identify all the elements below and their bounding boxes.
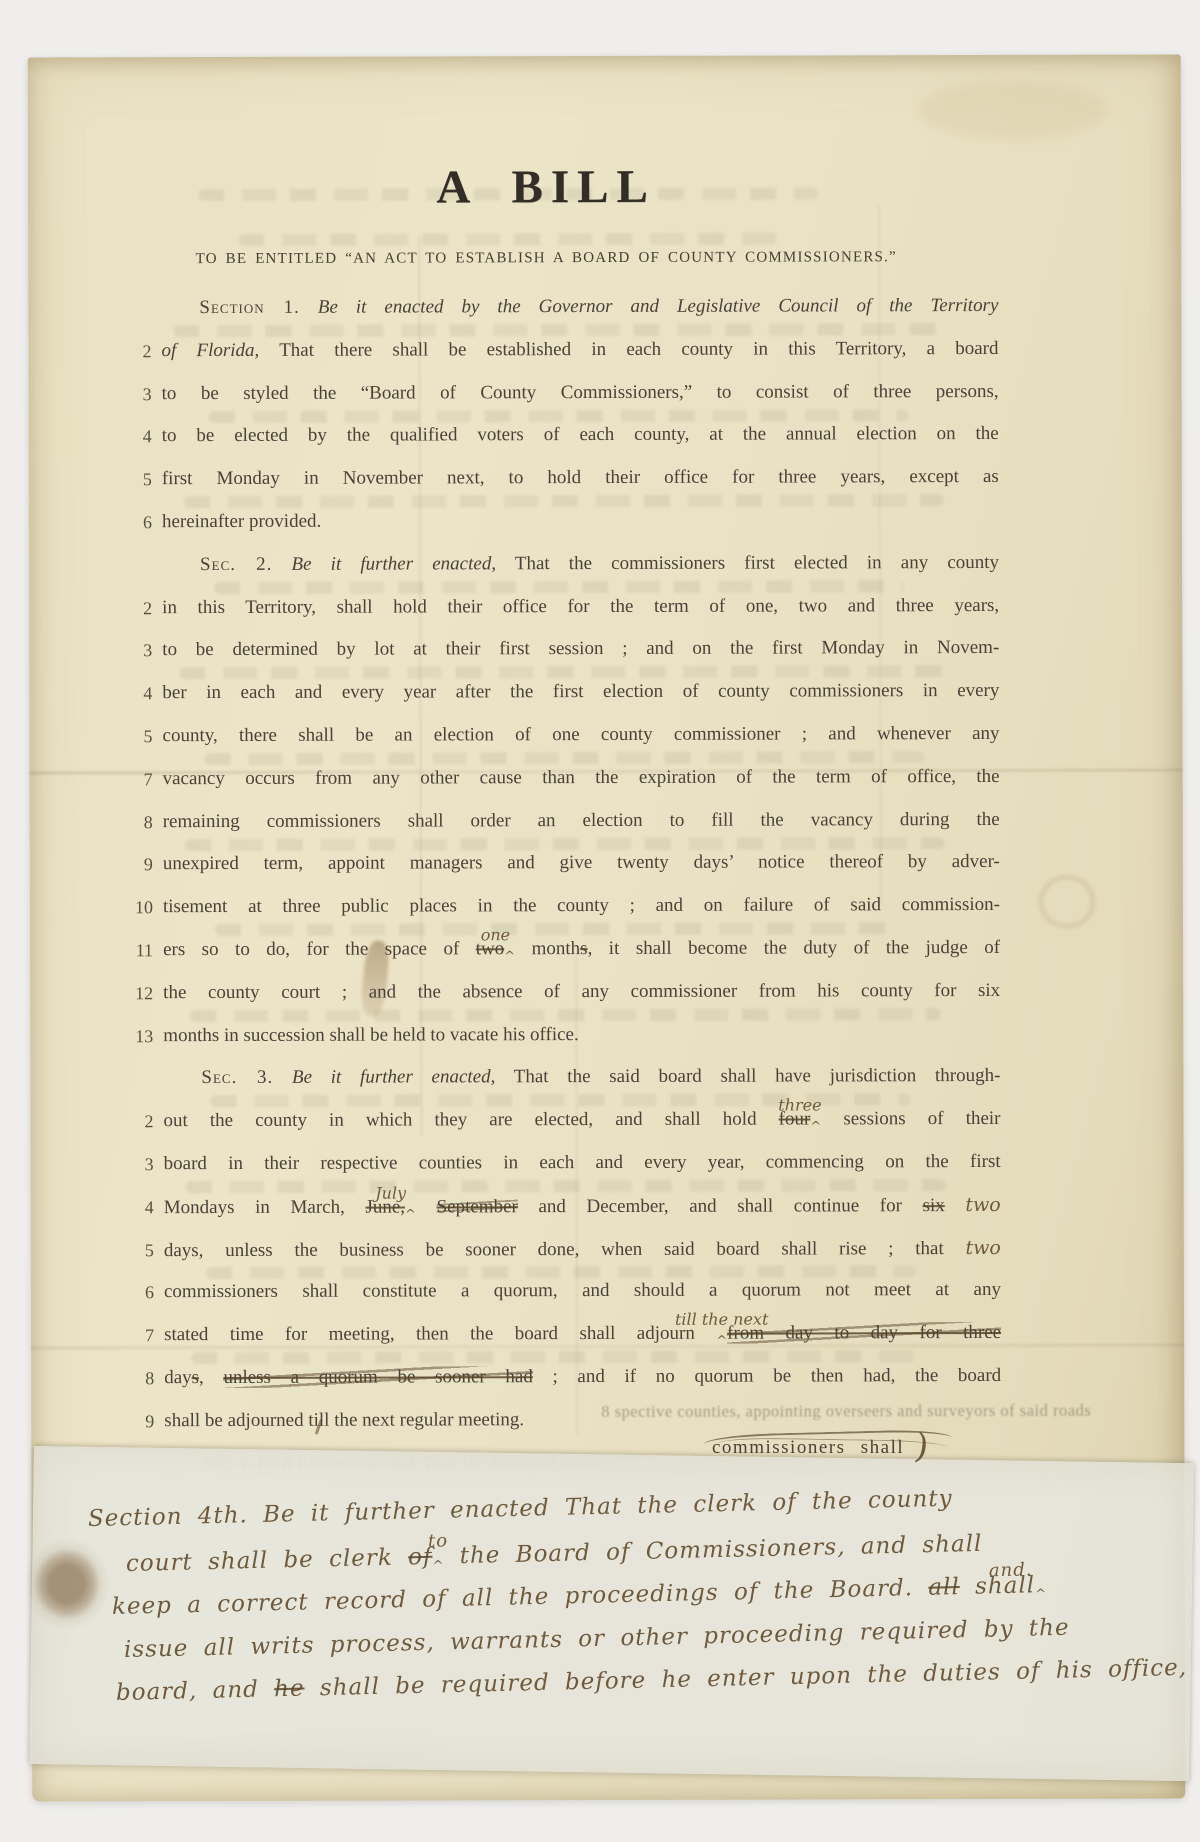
- line-text: to be styled the “Board of County Commis…: [162, 371, 999, 416]
- caret-mark: ^: [1035, 1587, 1047, 1602]
- text-line: 2of Florida, That there shall be establi…: [96, 328, 998, 373]
- line-text: out the county in which they are elected…: [163, 1098, 1000, 1143]
- line-text: months in succession shall be held to va…: [163, 1013, 1000, 1058]
- caret-mark: ^: [433, 1558, 445, 1573]
- caret-mark: ^: [405, 1194, 416, 1237]
- scribbled-out-text: unless a quorum be sooner had: [223, 1366, 532, 1388]
- line-text: the county court ; and the absence of an…: [163, 970, 1000, 1015]
- text-line: 3board in their respective counties in e…: [99, 1141, 1001, 1186]
- text-line: 8remaining commissioners shall order an …: [98, 799, 1000, 844]
- bleedthrough-layer: [28, 54, 1181, 57]
- line-number: 3: [97, 373, 162, 416]
- struck-text: six: [923, 1195, 945, 1216]
- struck-text: s: [192, 1367, 199, 1388]
- line-number: 4: [97, 416, 162, 459]
- line-text: Sec. 3. Be it further enacted, That the …: [163, 1055, 1000, 1100]
- line-text: remaining commissioners shall order an e…: [163, 799, 1000, 844]
- inserted-word: and.: [989, 1561, 1033, 1580]
- line-text: to be elected by the qualified voters of…: [162, 413, 999, 458]
- line-text: in this Territory, shall hold their offi…: [162, 585, 999, 630]
- line-number: 11: [98, 929, 163, 972]
- line-number: 5: [99, 1229, 164, 1272]
- text-line: 12the county court ; and the absence of …: [98, 970, 1000, 1015]
- printed-fragment-line: commissioners shall ): [712, 1437, 904, 1459]
- text-line: 6hereinafter provided.: [97, 499, 999, 544]
- inserted-word: July: [375, 1185, 406, 1201]
- handwritten-text: board, and: [116, 1676, 275, 1706]
- line-text: commissioners shall constitute a quorum,…: [164, 1269, 1001, 1314]
- line-text: unexpired term, appoint managers and giv…: [163, 841, 1000, 886]
- line-text: hereinafter provided.: [162, 499, 999, 544]
- bill-title: A BILL: [96, 159, 996, 215]
- line-number: 4: [97, 672, 162, 715]
- text-line: Sec. 2. Be it further enacted, That the …: [97, 542, 999, 587]
- line-number: 10: [98, 886, 163, 929]
- handwritten-insertion: onetwo^: [476, 928, 516, 973]
- line-number: 13: [98, 1015, 163, 1058]
- line-text: Sec. 2. Be it further enacted, That the …: [162, 542, 999, 587]
- struck-handwritten-text: he: [274, 1676, 305, 1703]
- text-line: Sec. 3. Be it further enacted, That the …: [98, 1055, 1000, 1100]
- line-text: to be determined by lot at their first s…: [162, 627, 999, 672]
- text-line: 5days, unless the business be sooner don…: [99, 1227, 1001, 1272]
- caret-mark: ^: [716, 1321, 727, 1364]
- line-text: first Monday in November next, to hold t…: [162, 456, 999, 501]
- line-number: 2: [97, 587, 162, 630]
- line-number: 9: [99, 1400, 164, 1443]
- bleedthrough-line: [238, 233, 778, 246]
- text-line: 7vacancy occurs from any other cause tha…: [98, 756, 1000, 801]
- text-line: 5first Monday in November next, to hold …: [97, 456, 999, 501]
- text-line: 3to be determined by lot at their first …: [97, 627, 999, 672]
- line-number: 3: [97, 630, 162, 673]
- line-number: 6: [97, 501, 162, 544]
- handwritten-text: two: [965, 1194, 1000, 1216]
- text-line: 8days, unless a quorum be sooner had ; a…: [99, 1355, 1001, 1400]
- line-number: 8: [99, 1357, 164, 1400]
- text-line: 6commissioners shall constitute a quorum…: [99, 1269, 1001, 1314]
- text-line: 10tisement at three public places in the…: [98, 884, 1000, 929]
- line-number: 5: [97, 715, 162, 758]
- inserted-word: to: [428, 1532, 448, 1550]
- line-number: 2: [96, 330, 161, 373]
- bill-body-text: Section 1. Be it enacted by the Governor…: [96, 285, 1001, 1486]
- line-text: stated time for meeting, then the board …: [164, 1312, 1001, 1357]
- line-text: Mondays in March, JulyJune,^ September a…: [164, 1184, 1001, 1229]
- handwritten-insertion: till the next^: [716, 1313, 727, 1358]
- line-number: 8: [98, 801, 163, 844]
- text-line: 5county, there shall be an election of o…: [97, 713, 999, 758]
- handwritten-insertion: JulyJune,^: [365, 1186, 416, 1231]
- line-text: days, unless a quorum be sooner had ; an…: [164, 1355, 1001, 1400]
- struck-handwritten-text: all: [928, 1574, 960, 1601]
- line-text: board in their respective counties in ea…: [164, 1141, 1001, 1186]
- text-line: 13months in succession shall be held to …: [98, 1013, 1000, 1058]
- text-line: Section 1. Be it enacted by the Governor…: [96, 285, 998, 330]
- text-line: 2in this Territory, shall hold their off…: [97, 585, 999, 630]
- line-text: ers so to do, for the space of onetwo^ m…: [163, 927, 1000, 972]
- text-line: 4Mondays in March, JulyJune,^ September …: [99, 1184, 1001, 1229]
- line-text: ber in each and every year after the fir…: [162, 670, 999, 715]
- caret-mark: ^: [810, 1107, 821, 1150]
- paper-stain-top: [918, 81, 1108, 139]
- line-number: 4: [99, 1186, 164, 1229]
- text-line: 9unexpired term, appoint managers and gi…: [98, 841, 1000, 886]
- text-line: 2out the county in which they are electe…: [98, 1098, 1000, 1143]
- text-line: 7stated time for meeting, then the board…: [99, 1312, 1001, 1357]
- line-text: vacancy occurs from any other cause than…: [163, 756, 1000, 801]
- line-number: 5: [97, 458, 162, 501]
- handwritten-insertion: to^: [432, 1544, 445, 1570]
- round-ink-stain: [24, 1538, 110, 1630]
- scribbled-out-text: September: [437, 1196, 518, 1217]
- line-number: 7: [98, 758, 163, 801]
- line-number: 3: [99, 1143, 164, 1186]
- line-text: Section 1. Be it enacted by the Governor…: [161, 285, 998, 330]
- line-number: 12: [98, 972, 163, 1015]
- handwritten-text: two: [965, 1237, 1000, 1259]
- faint-ring-stain: [1030, 867, 1104, 937]
- line-number: 9: [98, 844, 163, 887]
- line-text: days, unless the business be sooner done…: [164, 1227, 1001, 1272]
- line-number: [96, 287, 161, 330]
- line-text: tisement at three public places in the c…: [163, 884, 1000, 929]
- struck-text: s: [580, 938, 587, 959]
- handwritten-insertion: and.shall^: [975, 1572, 1048, 1600]
- bill-subtitle: TO BE ENTITLED “AN ACT TO ESTABLISH A BO…: [76, 249, 1016, 268]
- line-text: county, there shall be an election of on…: [162, 713, 999, 758]
- handwritten-text: [959, 1574, 975, 1600]
- line-number: 2: [98, 1100, 163, 1143]
- text-line: 3to be styled the “Board of County Commi…: [97, 371, 999, 416]
- line-number: 7: [99, 1314, 164, 1357]
- line-number: 6: [99, 1271, 164, 1314]
- line-number: [97, 544, 162, 587]
- text-line: 4ber in each and every year after the fi…: [97, 670, 999, 715]
- caret-mark: ^: [504, 936, 515, 979]
- text-line: 11ers so to do, for the space of onetwo^…: [98, 927, 1000, 972]
- handwritten-insertion: threefour^: [779, 1099, 822, 1144]
- scanned-document-page: { "colors":{"background":"#efeeec","pape…: [0, 0, 1200, 1842]
- line-text: of Florida, That there shall be establis…: [161, 328, 998, 373]
- text-line: 4to be elected by the qualified voters o…: [97, 413, 999, 458]
- line-number: [98, 1058, 163, 1101]
